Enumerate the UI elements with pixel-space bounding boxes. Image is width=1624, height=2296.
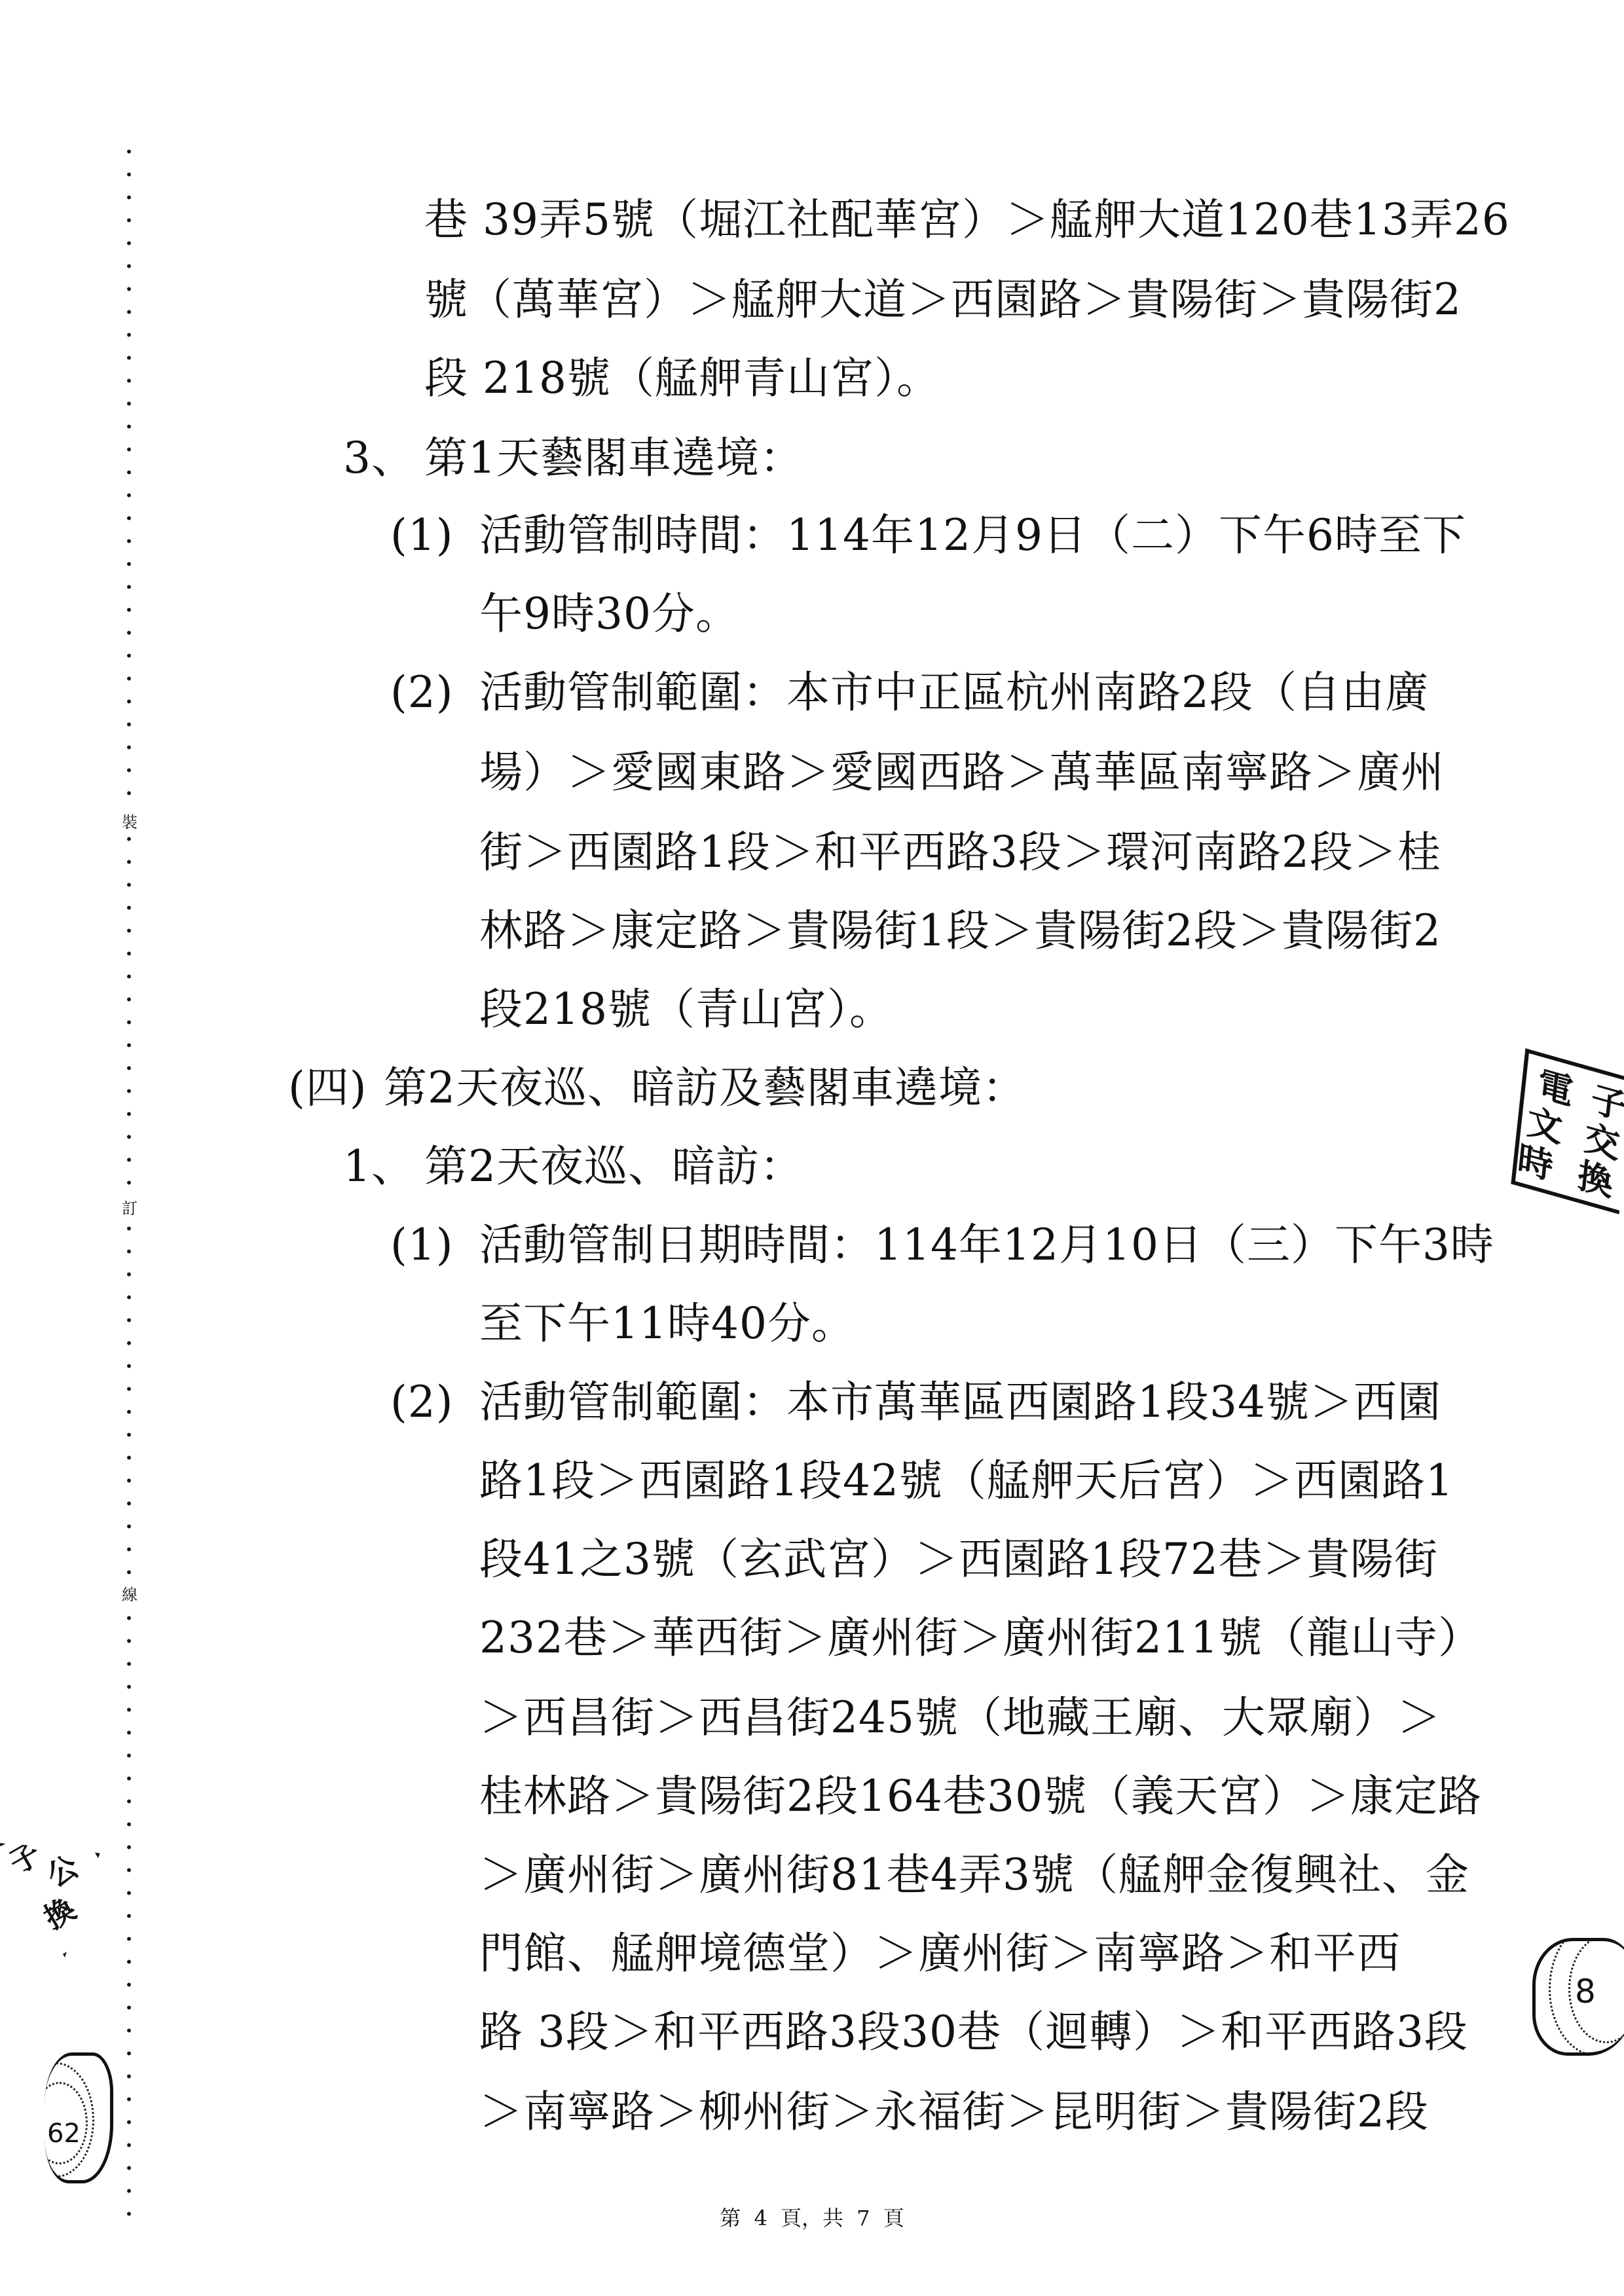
line-text: 活動管制範圍：本市中正區杭州南路2段（自由廣 xyxy=(479,667,1429,718)
line-text: 第2天夜巡、暗訪： xyxy=(424,1141,803,1192)
line-text: ＞廣州街＞廣州街81巷4弄3號（艋舺金復興社、金 xyxy=(479,1850,1469,1900)
list-marker: (1) xyxy=(390,509,479,562)
binding-label-ding: 訂 xyxy=(117,1195,143,1222)
body-line: 段 218號（艋舺青山宮）。 xyxy=(424,352,940,405)
body-line: (1)活動管制時間：114年12月9日（二）下午6時至下 xyxy=(390,509,1466,562)
binding-dotted-line xyxy=(126,140,132,2222)
line-text: 段 218號（艋舺青山宮）。 xyxy=(424,353,940,403)
line-text: 路1段＞西園路1段42號（艋舺天后宮）＞西園路1 xyxy=(479,1455,1454,1506)
body-line: 場）＞愛國東路＞愛國西路＞萬華區南寧路＞廣州 xyxy=(479,746,1445,799)
line-text: 場）＞愛國東路＞愛國西路＞萬華區南寧路＞廣州 xyxy=(479,747,1445,797)
body-line: 段41之3號（玄武宮）＞西園路1段72巷＞貴陽街 xyxy=(479,1533,1438,1586)
line-text: 活動管制範圍：本市萬華區西園路1段34號＞西園 xyxy=(479,1377,1441,1427)
list-marker: 3、 xyxy=(343,432,424,484)
line-text: 段41之3號（玄武宮）＞西園路1段72巷＞貴陽街 xyxy=(479,1534,1438,1584)
seal-number: 62 xyxy=(47,2119,81,2149)
body-line: 巷 39弄5號（堀江社配華宮）＞艋舺大道120巷13弄26 xyxy=(424,194,1510,246)
body-line: 路 3段＞和平西路3段30巷（迴轉）＞和平西路3段 xyxy=(479,2006,1468,2058)
section-heading: 3、第1天藝閣車遶境： xyxy=(343,432,803,484)
stamp-char: 子 xyxy=(4,1837,46,1880)
list-marker: (2) xyxy=(390,666,479,719)
document-page: 裝 訂 線 巷 39弄5號（堀江社配華宮）＞艋舺大道120巷13弄26 號（萬華… xyxy=(0,0,1624,2296)
binding-label-zhuang: 裝 xyxy=(117,809,143,835)
line-text: ＞南寧路＞柳州街＞永福街＞昆明街＞貴陽街2段 xyxy=(479,2086,1429,2137)
perforation-seal-left: 62 xyxy=(45,2052,113,2183)
stamp-char: 換 xyxy=(39,1892,81,1935)
list-marker: (1) xyxy=(390,1219,479,1271)
exchange-stamp-right: 電 文 時 子 交 換 xyxy=(1511,1048,1624,1214)
list-marker: (2) xyxy=(390,1376,479,1429)
body-line: (1)活動管制日期時間：114年12月10日（三）下午3時 xyxy=(390,1219,1494,1271)
line-text: 232巷＞華西街＞廣州街＞廣州街211號（龍山寺） xyxy=(479,1613,1482,1663)
list-marker: (四) xyxy=(288,1062,384,1114)
section-heading: 1、第2天夜巡、暗訪： xyxy=(343,1140,803,1193)
body-line: ＞廣州街＞廣州街81巷4弄3號（艋舺金復興社、金 xyxy=(479,1849,1469,1901)
line-text: 號（萬華宮）＞艋舺大道＞西園路＞貴陽街＞貴陽街2 xyxy=(424,274,1462,325)
line-text: 午9時30分。 xyxy=(479,589,739,639)
line-text: 活動管制時間：114年12月9日（二）下午6時至下 xyxy=(479,510,1466,560)
body-line: 門館、艋舺境德堂）＞廣州街＞南寧路＞和平西 xyxy=(479,1927,1401,1980)
list-marker: 1、 xyxy=(343,1140,424,1193)
line-text: 街＞西園路1段＞和平西路3段＞環河南路2段＞桂 xyxy=(479,827,1441,877)
stamp-char: 公 xyxy=(42,1850,84,1893)
body-line: 路1段＞西園路1段42號（艋舺天后宮）＞西園路1 xyxy=(479,1455,1454,1507)
body-line: (2)活動管制範圍：本市中正區杭州南路2段（自由廣 xyxy=(390,666,1429,719)
page-number-footer: 第 4 頁，共 7 頁 xyxy=(0,2205,1624,2231)
line-text: 巷 39弄5號（堀江社配華宮）＞艋舺大道120巷13弄26 xyxy=(424,194,1510,245)
body-line: 段218號（青山宮）。 xyxy=(479,983,893,1036)
body-line: 桂林路＞貴陽街2段164巷30號（義天宮）＞康定路 xyxy=(479,1770,1482,1823)
body-line: 午9時30分。 xyxy=(479,588,739,640)
body-line: 至下午11時40分。 xyxy=(479,1298,855,1350)
line-text: 段218號（青山宮）。 xyxy=(479,984,893,1034)
stamp-char: 換 xyxy=(1576,1157,1615,1203)
exchange-stamp-left: 子 公 換 xyxy=(0,1802,136,1958)
line-text: 門館、艋舺境德堂）＞廣州街＞南寧路＞和平西 xyxy=(479,1928,1401,1978)
body-line: 232巷＞華西街＞廣州街＞廣州街211號（龍山寺） xyxy=(479,1612,1482,1664)
line-text: 桂林路＞貴陽街2段164巷30號（義天宮）＞康定路 xyxy=(479,1771,1482,1821)
line-text: 第1天藝閣車遶境： xyxy=(424,433,803,483)
body-line: 街＞西園路1段＞和平西路3段＞環河南路2段＞桂 xyxy=(479,826,1441,879)
body-line: 林路＞康定路＞貴陽街1段＞貴陽街2段＞貴陽街2 xyxy=(479,905,1441,957)
binding-label-xian: 線 xyxy=(117,1582,143,1608)
line-text: 至下午11時40分。 xyxy=(479,1298,855,1349)
stamp-char: 時 xyxy=(1516,1140,1555,1186)
line-text: 活動管制日期時間：114年12月10日（三）下午3時 xyxy=(479,1220,1494,1270)
perforation-seal-right: 8 xyxy=(1532,1938,1624,2056)
body-line: (2)活動管制範圍：本市萬華區西園路1段34號＞西園 xyxy=(390,1376,1441,1429)
section-heading: (四)第2天夜巡、暗訪及藝閣車遶境： xyxy=(288,1062,1026,1114)
body-line: ＞南寧路＞柳州街＞永福街＞昆明街＞貴陽街2段 xyxy=(479,2086,1429,2138)
line-text: ＞西昌街＞西昌街245號（地藏王廟、大眾廟）＞ xyxy=(479,1692,1441,1743)
body-line: ＞西昌街＞西昌街245號（地藏王廟、大眾廟）＞ xyxy=(479,1692,1441,1744)
seal-number: 8 xyxy=(1575,1973,1596,2011)
line-text: 路 3段＞和平西路3段30巷（迴轉）＞和平西路3段 xyxy=(479,2007,1468,2057)
line-text: 第2天夜巡、暗訪及藝閣車遶境： xyxy=(384,1063,1026,1113)
body-line: 號（萬華宮）＞艋舺大道＞西園路＞貴陽街＞貴陽街2 xyxy=(424,274,1462,326)
line-text: 林路＞康定路＞貴陽街1段＞貴陽街2段＞貴陽街2 xyxy=(479,905,1441,956)
